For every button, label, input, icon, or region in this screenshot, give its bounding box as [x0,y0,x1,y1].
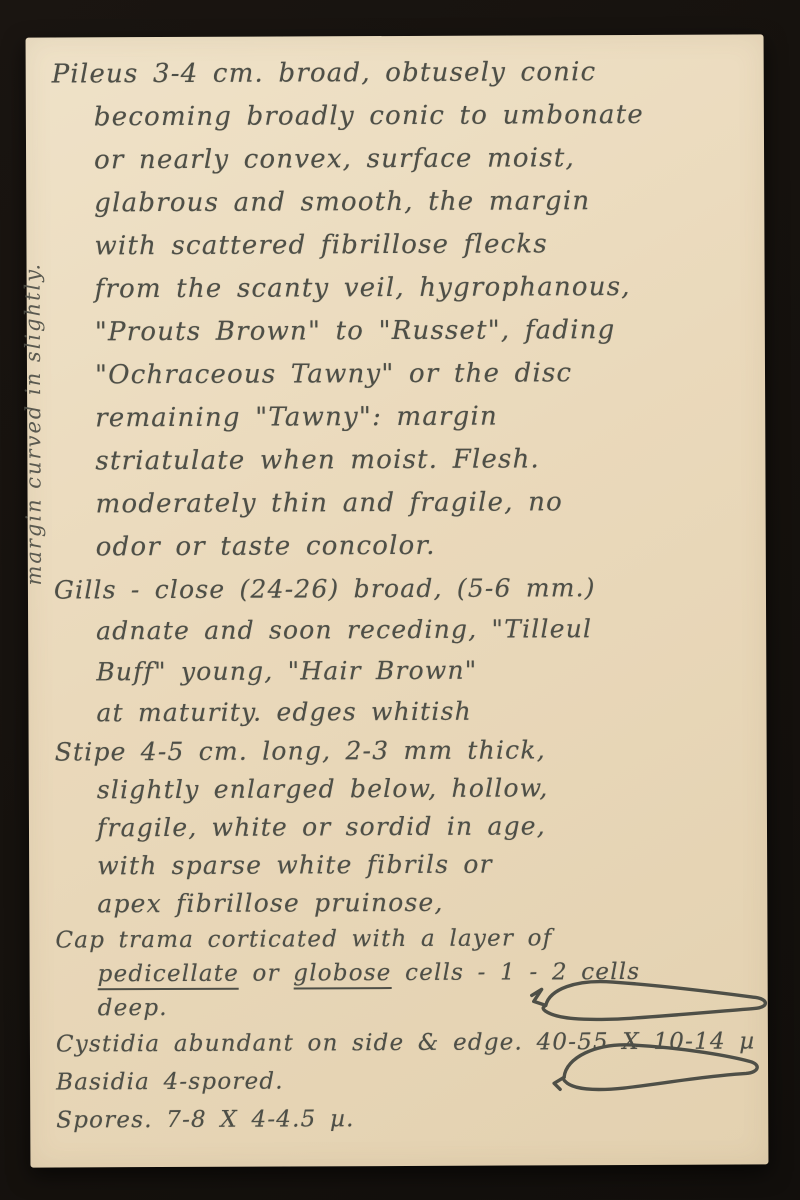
handwritten-line: glabrous and smooth, the margin [52,179,760,225]
handwritten-line: deep. [56,988,764,1025]
note-lines: Pileus 3-4 cm. broad, obtusely conicbeco… [52,50,765,1139]
handwritten-line: with scattered fibrillose flecks [52,222,760,268]
handwritten-line: adnate and soon receding, "Tilleul [54,607,762,651]
handwritten-line: odor or taste concolor. [54,523,762,569]
handwritten-line: remaining "Tawny": margin [53,394,761,440]
handwritten-line: becoming broadly conic to umbonate [52,93,760,139]
handwritten-line: Cystidia abundant on side & edge. 40-55 … [56,1022,764,1063]
index-card: margin curved in slightly. Pileus 3-4 cm… [26,34,769,1167]
handwritten-line: Buff" young, "Hair Brown" [54,648,762,692]
handwritten-line: from the scanty veil, hygrophanous, [53,265,761,311]
handwritten-line: at maturity. edges whitish [54,689,762,733]
handwritten-line: or nearly convex, surface moist, [52,136,760,182]
handwritten-line: fragile, white or sordid in age, [55,806,763,847]
underlined-word: globose [293,960,391,989]
handwritten-line: Spores. 7-8 X 4-4.5 µ. [56,1098,764,1139]
handwritten-line: "Ochraceous Tawny" or the disc [53,351,761,397]
handwritten-line: striatulate when moist. Flesh. [53,437,761,483]
handwritten-line: Stipe 4-5 cm. long, 2-3 mm thick, [55,730,763,771]
margin-note-vertical: margin curved in slightly. [20,66,52,586]
handwritten-line: apex fibrillose pruinose, [55,882,763,923]
handwritten-line: moderately thin and fragile, no [53,480,761,526]
handwritten-line: pedicellate or globose cells - 1 - 2 cel… [56,954,764,991]
handwritten-line: Cap trama corticated with a layer of [55,920,763,957]
handwritten-line: "Prouts Brown" to "Russet", fading [53,308,761,354]
handwritten-line: Basidia 4-spored. [56,1060,764,1101]
handwritten-line: Pileus 3-4 cm. broad, obtusely conic [52,50,760,96]
underlined-word: pedicellate [98,961,240,991]
handwritten-line: slightly enlarged below, hollow, [55,768,763,809]
handwritten-line: with sparse white fibrils or [55,844,763,885]
handwritten-line: Gills - close (24-26) broad, (5-6 mm.) [54,566,762,610]
